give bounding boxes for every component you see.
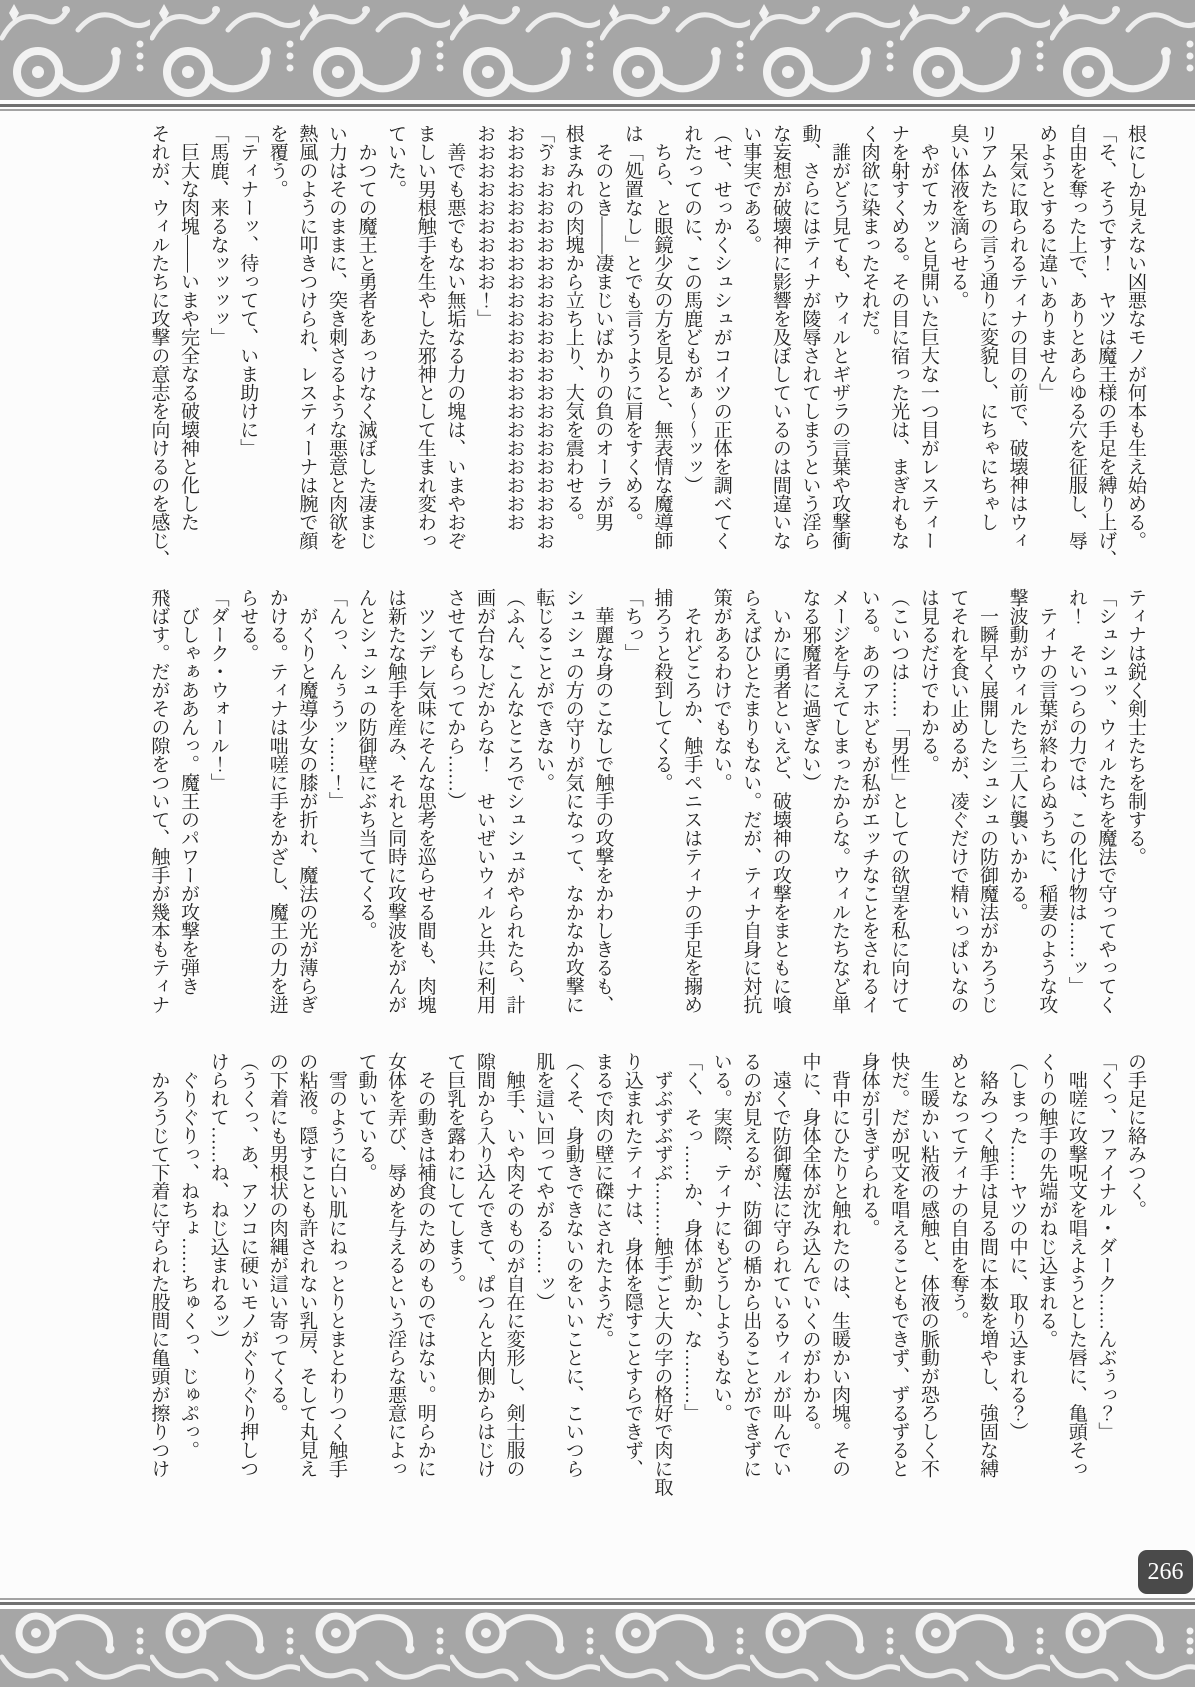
text-line: 肌を這い回ってやがる……ッ） <box>529 1052 559 1514</box>
text-line: 「シュシュッ、ウィルたちを魔法で守ってやってく <box>1091 588 1121 1050</box>
text-line: 「ゔぉおおおおおおおおおおおおおおおおおおおお <box>529 124 559 586</box>
text-line: な妄想が破壊神に影響を及ぼしているのは間違いな <box>765 124 795 586</box>
text-line: （せ、せっかくシュシュがコイツの正体を調べてく <box>706 124 736 586</box>
text-line: ましい男根触手を生やした邪神として生まれ変わっ <box>410 124 440 586</box>
text-line: は新たな触手を産み、それと同時に攻撃波をがんが <box>381 588 411 1050</box>
text-line: 雪のように白い肌にねっとりとまとわりつく触手 <box>321 1052 351 1514</box>
text-line: （こいつは……「男性」としての欲望を私に向けて <box>884 588 914 1050</box>
text-line: 絡みつく触手は見る間に本数を増やし、強固な縛 <box>972 1052 1002 1514</box>
text-line: 女体を弄び、辱めを与えるという淫らな悪意によっ <box>381 1052 411 1514</box>
text-line: おおおおおおおおお！」 <box>469 124 499 586</box>
text-line: の下着にも男根状の肉縄が這い寄ってくる。 <box>262 1052 292 1514</box>
text-line: 快だ。だが呪文を唱えることもできず、ずるずると <box>884 1052 914 1514</box>
text-line: 「んっ、んぅうッ……！」 <box>321 588 351 1050</box>
text-line: まるで肉の壁に磔にされたようだ。 <box>588 1052 618 1514</box>
text-line: 「くっ、ファイナル・ダーク……んぶぅっ？」 <box>1091 1052 1121 1514</box>
bottom-border-rule-thick <box>0 1602 1195 1605</box>
text-line: い事実である。 <box>736 124 766 586</box>
text-line: れたってのに、この馬鹿どもがぁ〜〜ッッ） <box>677 124 707 586</box>
text-line: それが、ウィルたちに攻撃の意志を向けるのを感じ、 <box>144 124 174 586</box>
text-line: を覆う。 <box>262 124 292 586</box>
text-line: 善でも悪でもない無垢なる力の塊は、いまやおぞ <box>440 124 470 586</box>
text-line: ティナの言葉が終わらぬうちに、稲妻のような攻 <box>1032 588 1062 1050</box>
text-line: 華麗な身のこなしで触手の攻撃をかわしきるも、 <box>588 588 618 1050</box>
text-line: 根にしか見えない凶悪なモノが何本も生え始める。 <box>1120 124 1150 586</box>
ornament-border-top <box>0 0 1195 100</box>
text-line: シュシュの方の守りが気になって、なかなか攻撃に <box>558 588 588 1050</box>
text-line: 巨大な肉塊――いまや完全なる破壊神と化した <box>173 124 203 586</box>
text-line: メージを与えてしまったからな。ウィルたちなど単 <box>824 588 854 1050</box>
text-line: めようとするに違いありません」 <box>1032 124 1062 586</box>
text-line: らせる。 <box>233 588 263 1050</box>
text-line: らえばひとたまりもない。だが、ティナ自身に対抗 <box>736 588 766 1050</box>
text-line: かける。ティナは咄嗟に手をかざし、魔王の力を迸 <box>262 588 292 1050</box>
text-line: いる。実際、ティナにもどうしようもない。 <box>706 1052 736 1514</box>
top-border-rule-thin <box>0 109 1195 111</box>
text-line: かろうじて下着に守られた股間に亀頭が擦りつけ <box>144 1052 174 1514</box>
text-line: リアムたちの言う通りに変貌し、にちゃにちゃし <box>972 124 1002 586</box>
text-line: ていた。 <box>381 124 411 586</box>
text-line: ナを射すくめる。その目に宿った光は、まぎれもな <box>884 124 914 586</box>
text-line: おおおおおおおおおおおおおおおおおおおおおお <box>499 124 529 586</box>
text-line: 「馬鹿、来るなッッッッ」 <box>203 124 233 586</box>
text-line: いかに勇者といえど、破壊神の攻撃をまともに喰 <box>765 588 795 1050</box>
text-line: 自由を奪った上で、ありとあらゆる穴を征服し、辱 <box>1061 124 1091 586</box>
text-line: 策があるわけでもない。 <box>706 588 736 1050</box>
text-line: んとシュシュの防御壁にぶち当ててくる。 <box>351 588 381 1050</box>
text-line: 「ちっ」 <box>617 588 647 1050</box>
text-line: やがてカッと見開いた巨大な一つ目がレスティー <box>913 124 943 586</box>
text-line: 咄嗟に攻撃呪文を唱えようとした唇に、亀頭そっ <box>1061 1052 1091 1514</box>
text-band-bottom: の手足に絡みつく。「くっ、ファイナル・ダーク……んぶぅっ？」 咄嗟に攻撃呪文を唱… <box>144 1052 1150 1514</box>
text-line: ティナは鋭く剣士たちを制する。 <box>1120 588 1150 1050</box>
text-line: 転じることができない。 <box>529 588 559 1050</box>
text-line: 動、さらにはティナが陵辱されてしまうという淫ら <box>795 124 825 586</box>
text-line: 「く、そっ……か、身体が動か、な………」 <box>677 1052 707 1514</box>
text-line: てそれを食い止めるが、凌ぐだけで精いっぱいなの <box>943 588 973 1050</box>
text-line: いる。あのアホどもが私がエッチなことをされるイ <box>854 588 884 1050</box>
text-line: 画が台なしだからな！ せいぜいウィルと共に利用 <box>469 588 499 1050</box>
text-line: ずぶずぶずぶ………触手ごと大の字の格好で肉に取 <box>647 1052 677 1514</box>
text-line: 触手、いや肉そのものが自在に変形し、剣士服の <box>499 1052 529 1514</box>
bottom-border-rule-thin <box>0 1598 1195 1600</box>
page-number-badge: 266 <box>1138 1550 1193 1594</box>
text-line: （ふん、こんなところでシュシュがやられたら、計 <box>499 588 529 1050</box>
text-line: させてもらってから……） <box>440 588 470 1050</box>
text-line: 捕ろうと殺到してくる。 <box>647 588 677 1050</box>
text-line: 飛ばす。だがその隙をついて、触手が幾本もティナ <box>144 588 174 1050</box>
text-line: 身体が引きずられる。 <box>854 1052 884 1514</box>
text-line: 隙間から入り込んできて、ぱつんと内側からはじけ <box>469 1052 499 1514</box>
text-line: 「そ、そうです！ ヤツは魔王様の手足を縛り上げ、 <box>1091 124 1121 586</box>
text-line: めとなってティナの自由を奪う。 <box>943 1052 973 1514</box>
text-line: 撃波動がウィルたち三人に襲いかかる。 <box>1002 588 1032 1050</box>
text-line: い力はそのままに、突き刺さるような悪意と肉欲を <box>321 124 351 586</box>
text-line: 中に、身体全体が沈み込んでいくのがわかる。 <box>795 1052 825 1514</box>
text-line: 誰がどう見ても、ウィルとギザラの言葉や攻撃衝 <box>824 124 854 586</box>
text-line: れ！ そいつらの力では、この化け物は……ッ」 <box>1061 588 1091 1050</box>
text-line: は見るだけでわかる。 <box>913 588 943 1050</box>
text-line: かつての魔王と勇者をあっけなく滅ぼした凄まじ <box>351 124 381 586</box>
page-number: 266 <box>1148 1559 1184 1586</box>
text-line: り込まれたティナは、身体を隠すことすらできず、 <box>617 1052 647 1514</box>
text-line: 「ティナーッ、待ってて、いま助けに」 <box>233 124 263 586</box>
text-line: て巨乳を露わにしてしまう。 <box>440 1052 470 1514</box>
text-line: 熱風のように叩きつけられ、レスティーナは腕で顔 <box>292 124 322 586</box>
text-line: その動きは補食のためのものではない。明らかに <box>410 1052 440 1514</box>
text-line: ぐりぐりっ、ねちょ……ちゅくっ、じゅぷっ。 <box>173 1052 203 1514</box>
scrollwork-pattern-icon <box>0 1609 1195 1687</box>
text-line: ツンデレ気味にそんな思考を巡らせる間も、肉塊 <box>410 588 440 1050</box>
text-line: は「処置なし」とでも言うように肩をすくめる。 <box>617 124 647 586</box>
text-line: そのとき――凄まじいばかりの負のオーラが男 <box>588 124 618 586</box>
text-line: て動いている。 <box>351 1052 381 1514</box>
text-line: るのが見えるが、防御の楯から出ることができずに <box>736 1052 766 1514</box>
text-line: 遠くで防御魔法に守られているウィルが叫んでい <box>765 1052 795 1514</box>
ornament-border-bottom <box>0 1609 1195 1687</box>
text-band-top: 根にしか見えない凶悪なモノが何本も生え始める。「そ、そうです！ ヤツは魔王様の手… <box>144 124 1150 586</box>
top-border-rule-thick <box>0 104 1195 107</box>
text-line: なる邪魔者に過ぎない） <box>795 588 825 1050</box>
text-line: 根まみれの肉塊から立ち上り、大気を震わせる。 <box>558 124 588 586</box>
scrollwork-pattern-icon <box>0 0 1195 100</box>
text-line: けられて……ね、ねじ込まれるッ） <box>203 1052 233 1514</box>
book-page: { "page_number": "266", "colors": { "orn… <box>0 0 1195 1687</box>
text-line: （くそ、身動きできないのをいいことに、こいつら <box>558 1052 588 1514</box>
text-line: くりの触手の先端がねじ込まれる。 <box>1032 1052 1062 1514</box>
text-line: く肉欲に染まったそれだ。 <box>854 124 884 586</box>
text-line: びしゃぁああんっ。魔王のパワーが攻撃を弾き <box>173 588 203 1050</box>
text-band-middle: ティナは鋭く剣士たちを制する。「シュシュッ、ウィルたちを魔法で守ってやってくれ！… <box>144 588 1150 1050</box>
text-line: 呆気に取られるティナの目の前で、破壊神はウィ <box>1002 124 1032 586</box>
text-line: それどころか、触手ペニスはティナの手足を搦め <box>677 588 707 1050</box>
text-line: （しまった……ヤツの中に、取り込まれる？） <box>1002 1052 1032 1514</box>
text-line: がくりと魔導少女の膝が折れ、魔法の光が薄らぎ <box>292 588 322 1050</box>
text-line: 「ダーク・ウォール！」 <box>203 588 233 1050</box>
text-line: の手足に絡みつく。 <box>1120 1052 1150 1514</box>
text-line: （うくっ、あ、アソコに硬いモノがぐりぐり押しつ <box>233 1052 263 1514</box>
text-line: 生暖かい粘液の感触と、体液の脈動が恐ろしく不 <box>913 1052 943 1514</box>
text-line: の粘液。隠すことも許されない乳房、そして丸見え <box>292 1052 322 1514</box>
text-line: 一瞬早く展開したシュシュの防御魔法がかろうじ <box>972 588 1002 1050</box>
text-line: 臭い体液を滴らせる。 <box>943 124 973 586</box>
text-line: 背中にひたりと触れたのは、生暖かい肉塊。その <box>824 1052 854 1514</box>
text-line: ちら、と眼鏡少女の方を見ると、無表情な魔導師 <box>647 124 677 586</box>
